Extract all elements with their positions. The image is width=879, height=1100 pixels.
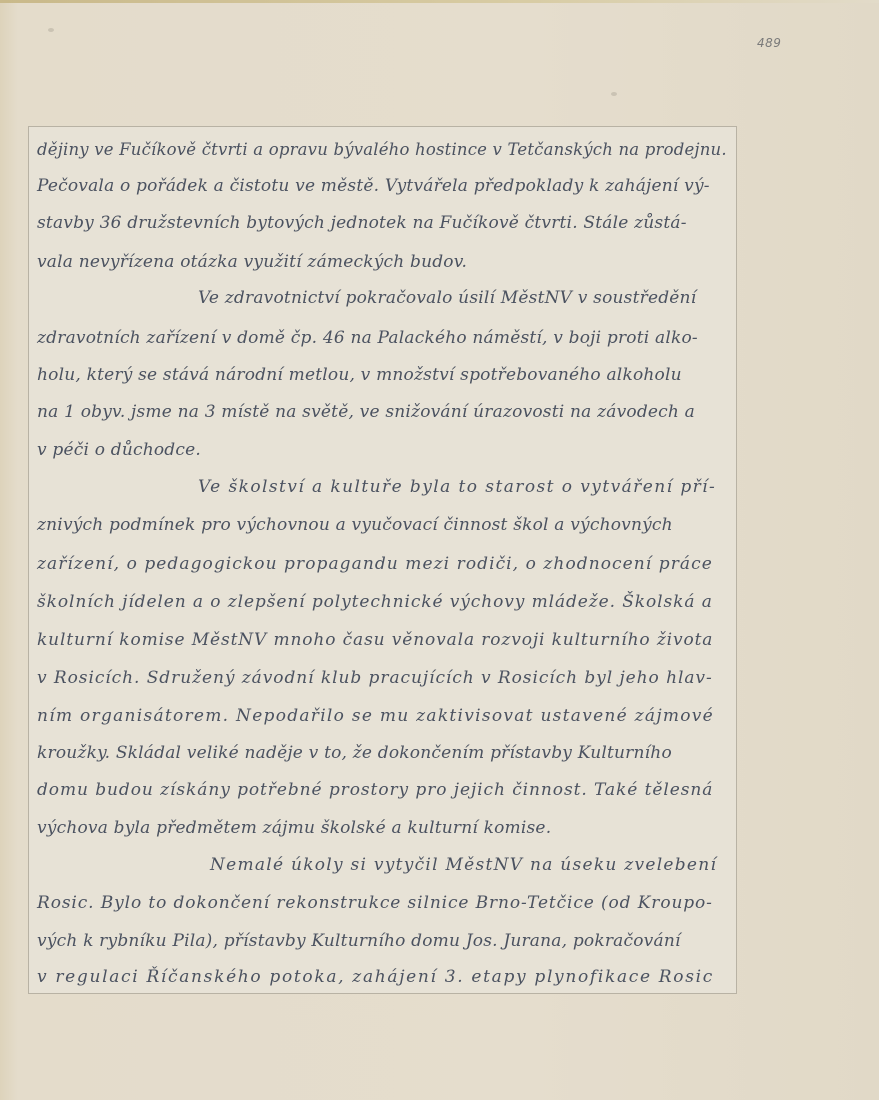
text-line: holu, který se stává národní metlou, v m… xyxy=(37,365,682,385)
paragraph-start-line: Ve zdravotnictví pokračovalo úsilí MěstN… xyxy=(198,288,696,308)
scanned-page: 489 dějiny ve Fučíkově čtvrti a opravu b… xyxy=(0,0,879,1100)
text-line: školních jídelen a o zlepšení polytechni… xyxy=(37,592,713,612)
text-line: znivých podmínek pro výchovnou a vyučova… xyxy=(37,515,673,535)
paper-spot xyxy=(48,28,54,32)
text-line: stavby 36 družstevních bytových jednotek… xyxy=(37,213,687,233)
text-line: zařízení, o pedagogickou propagandu mezi… xyxy=(37,554,713,574)
text-line: Pečovala o pořádek a čistotu ve městě. V… xyxy=(37,176,710,196)
text-line: výchova byla předmětem zájmu školské a k… xyxy=(37,818,551,838)
text-line: dějiny ve Fučíkově čtvrti a opravu býval… xyxy=(37,140,727,160)
text-line: ním organisátorem. Nepodařilo se mu zakt… xyxy=(37,706,714,726)
text-line: v regulaci Říčanského potoka, zahájení 3… xyxy=(37,967,714,987)
text-line: v péči o důchodce. xyxy=(37,440,201,460)
paragraph-start-line: Nemalé úkoly si vytyčil MěstNV na úseku … xyxy=(210,855,717,875)
paper-spot xyxy=(611,92,617,96)
page-number: 489 xyxy=(757,36,781,50)
text-line: kulturní komise MěstNV mnoho času věnova… xyxy=(37,630,713,650)
text-line: Rosic. Bylo to dokončení rekonstrukce si… xyxy=(37,893,713,913)
text-line: zdravotních zařízení v domě čp. 46 na Pa… xyxy=(37,328,698,348)
paragraph-start-line: Ve školství a kultuře byla to starost o … xyxy=(198,477,716,497)
text-line: kroužky. Skládal veliké naděje v to, že … xyxy=(37,743,672,763)
text-line: domu budou získány potřebné prostory pro… xyxy=(37,780,713,800)
page-edge xyxy=(0,0,879,3)
text-line: v Rosicích. Sdružený závodní klub pracuj… xyxy=(37,668,713,688)
text-line: vala nevyřízena otázka využití zámeckých… xyxy=(37,252,467,272)
text-line: vých k rybníku Pila), přístavby Kulturní… xyxy=(37,931,681,951)
text-line: na 1 obyv. jsme na 3 místě na světě, ve … xyxy=(37,402,695,422)
